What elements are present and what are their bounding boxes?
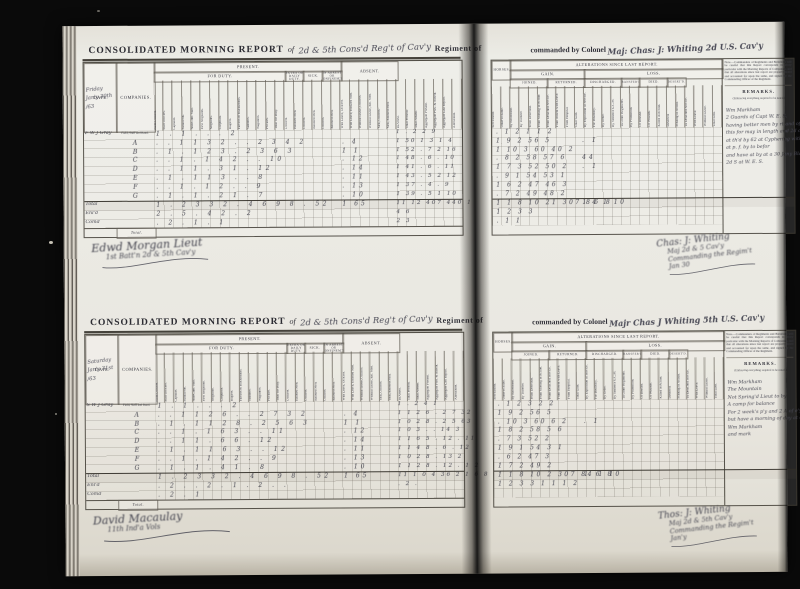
scan-speck <box>97 10 100 12</box>
column-header: Killed in Action. <box>659 358 668 400</box>
cell-g: . 8 2 58 57 6 <box>496 154 578 162</box>
left-column-headers: Field Officers.Staff Officers.Captains.S… <box>155 351 463 403</box>
scan-speck <box>49 241 53 244</box>
column-header: Total for Duty. <box>275 80 285 130</box>
column-header: With Leave. <box>696 357 705 399</box>
cell-l: 1 6 8 <box>584 471 720 479</box>
column-header: Without Leave, Enl. Men. <box>370 351 380 401</box>
column-header: From Hospital. <box>567 358 576 400</box>
morning-report-bottom: CONSOLIDATED MORNING REPORT of 2d & 5th … <box>64 300 788 572</box>
column-header: Sick, Enlisted Men. <box>389 351 399 401</box>
cell-b: . 14 <box>344 436 396 443</box>
column-header: Total for Duty. <box>277 352 287 402</box>
cell-c: 1 . 2 2 9 <box>396 129 460 135</box>
column-header: Enlisted Men. <box>331 80 341 130</box>
right-page-table: HORSES. ALTERATIONS SINCE LAST REPORT. G… <box>492 330 797 508</box>
cell-date: Total <box>87 474 117 479</box>
signature-left: David Macaulay11th Ind'a Vols <box>93 508 233 546</box>
left-column-headers: Field Officers.Staff Officers.Captains.S… <box>154 79 462 131</box>
column-header: In Arrest. <box>398 351 408 401</box>
column-header: From Absent with Leave. <box>558 358 567 400</box>
cell-date: F W J Gray <box>85 131 115 136</box>
cell-c: 1 1 6 5 . 12 . 11 <box>398 436 462 442</box>
cell-co: E <box>116 175 154 182</box>
signature-right: Chas: J: WhitingMaj 2d & 5 Cav'yCommandi… <box>656 229 758 278</box>
cell-g: . 6 2 47 3 <box>498 453 580 461</box>
cell-c: 1 0 2 8 . 13 2 <box>398 454 462 460</box>
cell-a: 2 . 5 . 4 2 . 2 <box>156 210 338 218</box>
cell-g <box>498 489 580 490</box>
morning-report-top: CONSOLIDATED MORNING REPORT of 2d & 5th … <box>62 28 786 300</box>
cell-a: . 1 . 1 2 3 . 2 3 6 3 <box>156 147 338 155</box>
cell-b: . 12 <box>342 156 394 163</box>
cell-date: Enl'd <box>87 483 117 488</box>
cell-a: 1 . 1 . . . 2 <box>156 130 338 138</box>
cell-a: . 1 . 1 1 3 . . 8 <box>156 174 338 182</box>
column-header: Wagoners. <box>258 352 268 402</box>
signature-right: Thos: J: WhitingMaj 2d & 5th Cav'yComman… <box>658 501 760 550</box>
cell-g: . 7 2 49 48 2 <box>496 190 578 198</box>
signature-left: Edwd Morgan Lieut1st Batt'n 2d & 5th Cav… <box>91 236 210 271</box>
column-header: To Other Regiments. <box>621 86 630 128</box>
cell-date: Enl'd <box>85 211 115 216</box>
column-header: In Arrest. <box>396 79 406 129</box>
column-header: From Hospital. <box>565 86 574 128</box>
cell-l: 1 6 8 <box>582 199 718 207</box>
cell-l <box>582 127 718 128</box>
cell-c: 1 0 3 . . 14 3 <box>398 427 462 433</box>
column-header: Buglers. <box>230 352 240 402</box>
column-header: Corporals. <box>221 352 231 402</box>
cell-co: F <box>118 455 156 462</box>
commanded-by-label: commanded by Colonel <box>530 45 605 54</box>
cell-a: . 2 . 1 <box>158 490 340 498</box>
column-header: Aggregate Last Report. <box>444 351 454 401</box>
column-header: With Leave, Officers. <box>342 351 352 401</box>
cell-co: G <box>116 192 154 199</box>
cell-b: 1 65 <box>342 201 394 208</box>
column-header: By Transfer. <box>521 358 530 400</box>
column-header: By Enlistment. <box>512 358 521 400</box>
column-header: From Absent with Leave. <box>556 86 565 128</box>
cell-c: 1 52 . 7 2 16 <box>396 146 460 152</box>
cell-l <box>583 216 719 217</box>
column-header: Officers. <box>284 80 294 130</box>
cell-date: Total <box>85 202 115 207</box>
column-header: Aggregate Last Report. <box>443 79 453 129</box>
cell-l <box>582 207 718 208</box>
title-of: of <box>288 45 294 54</box>
cell-co: E <box>118 447 156 454</box>
cell-g: . 1 1 <box>497 217 579 225</box>
cell-g: 1 9 2 56 5 <box>496 137 578 145</box>
column-header: Without Leave. <box>703 85 712 127</box>
cell-c: . 2 . <box>398 481 462 487</box>
cell-b: . 11 <box>344 445 396 452</box>
cell-date: Comd <box>86 220 116 225</box>
cell-a: 1 . 2 3 3 2 . 4 6 9 8 . 52 <box>158 473 340 481</box>
cell-co: C <box>118 429 156 436</box>
column-header: Enlisted Men. <box>333 352 343 402</box>
column-header: By Transfer. <box>519 86 528 128</box>
cell-g: . 10 3 60 6 2 <box>498 418 580 426</box>
column-header: First Sergeants. <box>202 352 212 402</box>
cell-l <box>584 426 720 427</box>
cell-a: . 1 . 1 1 6 3 . . 12 <box>158 446 340 454</box>
column-header: Enlisted Men. <box>314 352 324 402</box>
cell-c: 1 48 . 6 . 10 <box>396 155 460 161</box>
cell-a: . . 1 . 1 6 3 . . 11 <box>158 428 340 436</box>
commander-handwritten: Majr Chas J Whiting 5th U.S. Cav'y <box>609 312 764 328</box>
cell-c: 1 39 . 5 1 10 <box>396 190 460 196</box>
total-footer-cell: Total. <box>118 500 158 511</box>
column-header: Staff Officers. <box>163 81 173 131</box>
report-title-text: CONSOLIDATED MORNING REPORT <box>90 317 285 328</box>
cell-l <box>582 171 718 172</box>
cell-a: 1 . 1 . . . 2 <box>158 402 340 410</box>
cell-l <box>582 180 718 181</box>
column-header: Staff Officers. <box>165 353 175 403</box>
cell-co: F <box>116 183 154 190</box>
left-data-rows: S W J GrayField, Staff and Band.1 . 1 . … <box>86 401 465 501</box>
right-page-table: HORSES. ALTERATIONS SINCE LAST REPORT. G… <box>491 58 796 236</box>
cell-co: D <box>118 438 156 445</box>
column-header: Without Leave, Officers. <box>361 351 371 401</box>
column-header: By Order. <box>604 358 613 400</box>
cell-l <box>584 408 720 409</box>
companies-column-header: COMPANIES. <box>117 335 157 405</box>
column-header: Aggregate Pres. & Absent. <box>435 351 445 401</box>
column-header: Sick, Enlisted Men. <box>387 79 397 129</box>
cell-date: Comd <box>87 492 117 497</box>
column-header: By Enlistment. <box>510 86 519 128</box>
column-header: To Other Regiments. <box>622 358 631 400</box>
commanded-by-line: commanded by Colonel Maj: Chas: J: Whiti… <box>530 43 763 54</box>
cell-g: 1 7 2 49 2 <box>498 462 580 470</box>
column-header: Without Leave. <box>705 357 714 399</box>
cell-c: 2 3 <box>397 218 461 224</box>
cell-g: 1 2 3 3 <box>496 208 578 216</box>
cell-g: 1 9 1 54 3 1 <box>498 444 580 452</box>
cell-g: 1 2 3 3 1 1 1 2 <box>498 480 580 488</box>
column-header: Without Leave, Officers. <box>359 79 369 129</box>
cell-c: 1 50 1 3 1 4 <box>396 138 460 144</box>
cell-l <box>584 479 720 480</box>
cell-b: . 10 <box>342 191 394 198</box>
cell-c: 1 0 2 8 . 2 5 63 <box>398 418 462 424</box>
column-header: Aggregate Present. <box>426 351 436 401</box>
cell-b: . 13 <box>344 454 396 461</box>
cell-a: 1 . 2 3 3 2 . 4 6 9 8 . 52 <box>156 201 338 209</box>
cell-b: . 14 <box>342 164 394 171</box>
cell-l <box>584 434 720 435</box>
cell-l <box>584 488 720 489</box>
cell-a: . . 1 1 . 6 6 . 12 <box>158 437 340 445</box>
cell-g: 1 6 2 47 46 3 <box>496 181 578 189</box>
cell-l <box>584 461 720 462</box>
cell-b: . 11 <box>342 173 394 180</box>
right-column-headers: Serviceable.Unserviceable.By Enlistment.… <box>493 357 723 400</box>
column-header: Of Wounds. <box>650 358 659 400</box>
left-page-table: DATE. COMPANIES. PRESENT. ABSENT. FOR DU… <box>84 332 465 510</box>
cell-l <box>582 145 718 146</box>
column-header: Total Absent. <box>417 351 427 401</box>
column-header: Total Loss. <box>713 85 722 127</box>
column-header: With Leave. <box>694 85 703 127</box>
cell-b: 1 1 <box>342 147 394 154</box>
cell-c: 1 1 2 6 . 2 7 32 <box>398 410 462 416</box>
cell-l: . 1 <box>582 162 718 170</box>
cell-l: . 1 <box>584 417 720 425</box>
title-of: of <box>290 317 296 326</box>
cell-b: 1 65 <box>344 473 396 480</box>
cell-co: B <box>118 420 156 427</box>
column-header: By Sentence G.C.M. <box>611 86 620 128</box>
cell-g: 1 9 2 56 5 <box>498 409 580 417</box>
cell-co: A <box>118 411 156 418</box>
column-header: Aggregate Pres. & Absent. <box>433 79 443 129</box>
column-header: First Sergeants. <box>200 80 210 130</box>
column-header: Officers. <box>286 352 296 402</box>
column-header: Enlisted Men. <box>312 80 322 130</box>
column-header: Deserted. <box>667 85 676 127</box>
cell-c: 1 . 2 4 1 <box>398 401 462 407</box>
cell-a: . . 1 1 3 2 . . 2 3 4 2 <box>156 138 338 146</box>
column-header: Total Loss. <box>714 357 723 399</box>
commander-handwritten: Maj: Chas: J: Whiting 2d U.S. Cav'y <box>608 40 764 56</box>
cell-a: . . 1 . 1 2 . . 9 <box>156 182 338 190</box>
cell-a: . 1 . 1 . 2 1 . 7 <box>156 191 338 199</box>
column-header: From Desertion. <box>529 86 538 128</box>
scanned-document: CONSOLIDATED MORNING REPORT of 2d & 5th … <box>0 0 800 589</box>
column-header: With Leave, Officers. <box>340 79 350 129</box>
date-handwritten: FridayJan'y 30th/63 <box>86 85 116 110</box>
cell-c: 1 1 2 8 . 12 . 1 2 <box>398 462 462 468</box>
column-header: Saddlers. <box>249 352 259 402</box>
column-header: Captains. <box>174 352 184 402</box>
column-header: Officers. <box>305 352 315 402</box>
cell-c: 11 12 407 440 1 <box>396 200 460 206</box>
column-header: Captains. <box>172 80 182 130</box>
cell-a: . 2 . . 2 . 1 . 2 . . <box>158 482 340 490</box>
cell-l <box>584 399 720 400</box>
cell-l <box>582 189 718 190</box>
column-header: Total Gain. <box>576 358 585 400</box>
cell-co: D <box>116 166 154 173</box>
column-header: Saddlers. <box>247 80 257 130</box>
cell-b: . 4 <box>342 138 394 145</box>
cell-co: Field, Staff and Band. <box>116 131 154 135</box>
cell-a: . . 1 1 . 3 1 . 12 <box>156 165 338 173</box>
column-header: Total Present. <box>407 351 417 401</box>
cell-co: B <box>116 148 154 155</box>
cell-a: . 1 . 1 1 2 8 . 2 5 6 3 <box>158 419 340 427</box>
cell-l: 44 <box>582 154 718 162</box>
column-header: Serviceable. <box>493 359 502 401</box>
cell-a: . . 1 . 1 4 2 . . 9 <box>158 454 340 462</box>
cell-g: . 1 2 1 1 2 <box>496 128 578 136</box>
cell-g: 1 8 2 58 5 6 <box>498 426 580 434</box>
right-column-headers: Serviceable.Unserviceable.By Enlistment.… <box>492 85 722 128</box>
column-header: Corporals. <box>219 80 229 130</box>
cell-c: 11 1 0 4 36 2 1 6 8 <box>398 472 462 478</box>
cell-g: . 7 3 52 2 <box>498 435 580 443</box>
unit-handwritten: 2d & 5th Cons'd Reg't of Cav'y <box>298 42 431 56</box>
column-header: Serviceable. <box>492 87 501 129</box>
column-header: By Order. <box>602 86 611 128</box>
cell-c: 1 37 . 4 . 9 <box>396 182 460 188</box>
cell-co: G <box>118 464 156 471</box>
column-header: Of Wounds. <box>648 86 657 128</box>
cell-l <box>584 452 720 453</box>
column-header: Non-Com. Staff. <box>193 352 203 402</box>
column-header: Killed in Action. <box>657 86 666 128</box>
cell-co: C <box>116 157 154 164</box>
column-header: Wagoners. <box>256 80 266 130</box>
column-header: From Desertion. <box>530 358 539 400</box>
cell-g: . 1 2 3 2 2 <box>498 400 580 408</box>
column-header: Deserted. <box>668 357 677 399</box>
column-header: Buglers. <box>228 80 238 130</box>
companies-column-header: COMPANIES. <box>116 63 156 133</box>
cell-b: . 13 <box>342 182 394 189</box>
total-footer-cell: Total. <box>117 228 157 239</box>
scan-speck <box>55 413 57 415</box>
left-page-table: DATE. COMPANIES. PRESENT. ABSENT. FOR DU… <box>83 60 464 238</box>
cell-co: A <box>116 139 154 146</box>
cell-c: 1 41 . 6 . 11 <box>396 164 460 170</box>
cell-g: 1 1 8 10 2 307 84 1 10 <box>498 471 580 479</box>
cell-g: 1 10 3 60 40 2 <box>496 146 578 154</box>
column-header: Without Leave, Enl. Men. <box>368 79 378 129</box>
cell-b: . 12 <box>344 428 396 435</box>
left-data-rows: F W J GrayField, Staff and Band.1 . 1 . … <box>84 129 463 229</box>
date-handwritten: SaturdayJan'y 31st/63 <box>87 357 117 382</box>
column-header: Officers. <box>303 80 313 130</box>
cell-g: . 9 1 54 53 1 <box>496 172 578 180</box>
report-title-text: CONSOLIDATED MORNING REPORT <box>88 45 283 56</box>
report-title: CONSOLIDATED MORNING REPORT of 2d & 5th … <box>90 310 483 330</box>
cell-b: . 4 <box>344 410 396 417</box>
cell-b: 1 1 <box>344 419 396 426</box>
unit-handwritten: 2d & 5th Cons'd Reg't of Cav'y <box>300 314 433 328</box>
cell-b: . 10 <box>344 463 396 470</box>
cell-a: . 1 . 1 . 4 1 . 8 <box>158 463 340 471</box>
commanded-by-line: commanded by Colonel Majr Chas J Whiting… <box>532 315 765 326</box>
cell-c: 4 6 <box>396 209 460 215</box>
cell-l <box>584 443 720 444</box>
cell-date: S W J Gray <box>87 403 117 408</box>
ledger-book: CONSOLIDATED MORNING REPORT of 2d & 5th … <box>62 22 787 576</box>
cell-co: Field, Staff and Band. <box>118 403 156 407</box>
book-gutter <box>458 24 491 574</box>
column-header: Total Absent. <box>415 79 425 129</box>
cell-g: 1 7 3 52 50 2 <box>496 163 578 171</box>
cell-l: . 1 <box>582 136 718 144</box>
report-title: CONSOLIDATED MORNING REPORT of 2d & 5th … <box>88 38 481 58</box>
cell-a: . . 1 1 2 6 . . 2 7 3 2 <box>158 410 340 418</box>
cell-g: 1 1 8 10 21 307 84 1 10 <box>496 199 578 207</box>
column-header: Non-Com. Staff. <box>191 80 201 130</box>
column-header: Total Gain. <box>575 86 584 128</box>
column-header: By Sentence G.C.M. <box>613 358 622 400</box>
column-header: Aggregate Present. <box>424 79 434 129</box>
cell-c: 1 43 . 5 2 12 <box>396 173 460 179</box>
cell-a: . 2 . 1 . 1 <box>157 218 339 226</box>
commanded-by-label: commanded by Colonel <box>532 317 607 326</box>
cell-c: 1 1 4 8 . 6 . 12 <box>398 445 462 451</box>
cell-a: . . 1 . 1 4 2 . . 10 <box>156 156 338 164</box>
